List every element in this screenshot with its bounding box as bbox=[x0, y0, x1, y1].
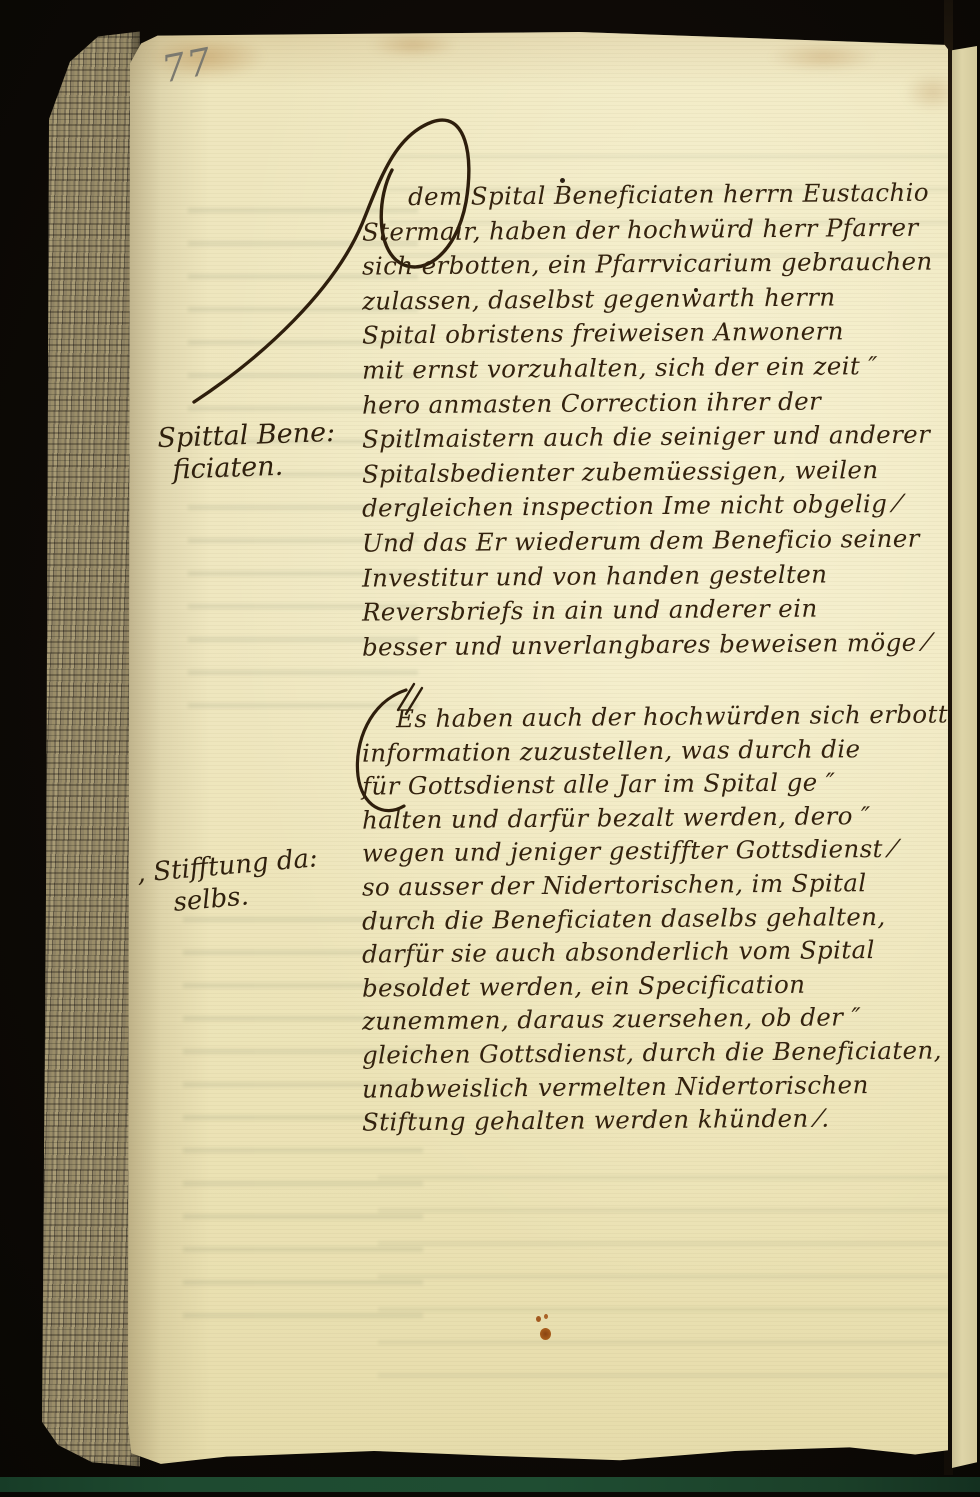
text-line: mit ernst vorzuhalten, sich der ein zeit… bbox=[362, 348, 952, 388]
text-line: zulassen, daselbst gegenwarth herrn bbox=[362, 279, 952, 319]
manuscript-paragraph-2: Es haben auch der hochwürden sich erbott… bbox=[362, 700, 952, 1137]
manuscript-page: 77 Spittal Bene: ficiaten. ‚ Stifftung d… bbox=[128, 32, 948, 1466]
margin-note-line: ficiaten. bbox=[158, 449, 337, 487]
margin-note-stifftung-daselbs: ‚ Stifftung da: selbs. bbox=[136, 842, 322, 922]
book-fore-edge bbox=[40, 30, 140, 1468]
ink-blot bbox=[534, 1314, 550, 1344]
manuscript-photo: 77 Spittal Bene: ficiaten. ‚ Stifftung d… bbox=[0, 0, 980, 1497]
text-line: durch die Beneficiaten daselbs gehalten, bbox=[362, 899, 952, 938]
text-line: so ausser der Nidertorischen, im Spital bbox=[362, 865, 952, 904]
text-line: für Gottsdienst alle Jar im Spital ge ″ bbox=[362, 765, 952, 804]
text-line: unabweislich vermelten Nidertorischen bbox=[362, 1067, 952, 1106]
text-line: besser und unverlangbares beweisen möge … bbox=[362, 625, 952, 665]
margin-note-line: Spittal Bene: bbox=[157, 417, 336, 455]
verso-show-through bbox=[378, 1172, 980, 1392]
text-line: darfür sie auch absonderlich vom Spital bbox=[362, 933, 952, 972]
text-line: Reversbriefs in ain und anderer ein bbox=[362, 591, 952, 631]
text-line: Investitur und von handen gestelten bbox=[362, 556, 952, 596]
text-line: sich erbotten, ein Pfarrvicarium gebrauc… bbox=[362, 245, 952, 285]
text-line: Es haben auch der hochwürden sich erbott… bbox=[362, 697, 952, 736]
text-line: Spitalsbedienter zubemüessigen, weilen bbox=[362, 452, 952, 492]
text-line: zunemmen, daraus zuersehen, ob der ″ bbox=[362, 1000, 952, 1039]
text-line: Stermair, haben der hochwürd herr Pfarre… bbox=[362, 210, 952, 250]
text-line: dem Spital Beneficiaten herrn Eustachio bbox=[362, 175, 952, 215]
text-line: gleichen Gottsdienst, durch die Benefici… bbox=[362, 1033, 952, 1072]
text-line: besoldet werden, ein Specification bbox=[362, 966, 952, 1005]
text-line: Und das Er wiederum dem Beneficio seiner bbox=[362, 521, 952, 561]
text-line: wegen und jeniger gestiffter Gottsdienst… bbox=[362, 832, 952, 871]
text-line: hero anmasten Correction ihrer der bbox=[362, 383, 952, 423]
text-line: Stiftung gehalten werden khünden ⁄. bbox=[362, 1101, 952, 1140]
facing-page-sliver bbox=[952, 46, 977, 1468]
margin-note-spittal-beneficiaten: Spittal Bene: ficiaten. bbox=[157, 417, 337, 487]
paper-stain bbox=[368, 32, 458, 58]
paper-stain bbox=[768, 42, 878, 72]
text-line: Spitlmaistern auch die seiniger und ande… bbox=[362, 418, 952, 458]
text-line: dergleichen inspection Ime nicht obgelig… bbox=[362, 487, 952, 527]
manuscript-paragraph-1: dem Spital Beneficiaten herrn Eustachio … bbox=[362, 178, 952, 662]
page-number: 77 bbox=[158, 40, 216, 92]
scanner-bed-band bbox=[0, 1477, 980, 1492]
text-line: halten und darfür bezalt werden, dero ″ bbox=[362, 798, 952, 837]
text-line: information zuzustellen, was durch die bbox=[362, 731, 952, 770]
ink-speck bbox=[694, 288, 698, 292]
text-line: Spital obristens freiweisen Anwonern bbox=[362, 314, 952, 354]
ink-speck bbox=[560, 178, 565, 183]
